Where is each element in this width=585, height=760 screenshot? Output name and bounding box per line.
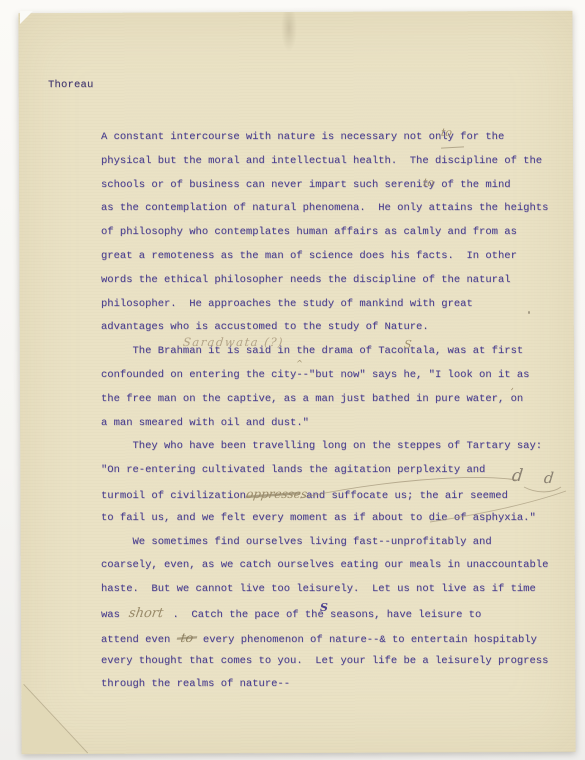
annotation-s-above-tacontala: S <box>403 338 412 351</box>
typed-segment: attend even <box>101 634 177 646</box>
typescript-line: words the ethical philosopher needs the … <box>101 269 571 293</box>
typescript-line: A constant intercourse with nature is ne… <box>101 126 571 150</box>
handwritten-insertion-oppresses: oppresses <box>244 483 301 507</box>
typescript-block: A constant intercourse with nature is ne… <box>101 126 571 697</box>
handwritten-insertion-short: short <box>125 602 168 626</box>
typescript-line: great a remoteness as the man of science… <box>101 245 571 269</box>
typed-segment: and suffocate us; the air seemed <box>300 490 508 502</box>
typed-segment: every phenomenon of nature--& to enterta… <box>197 634 537 646</box>
author-heading: Thoreau <box>48 79 94 91</box>
annotation-s-over-seasons: S <box>320 601 328 614</box>
annotation-saradwata: Saradwata (?) <box>182 335 284 349</box>
handwritten-insertion-to: to <box>175 626 198 650</box>
corner-fold-top-left <box>20 11 33 24</box>
typescript-line: as the contemplation of natural phenomen… <box>101 197 571 221</box>
typescript-line: The Brahman it is said in the drama of T… <box>101 340 571 364</box>
annotation-to-above-for: to <box>440 126 452 139</box>
typescript-line-with-insertion: attend even to every phenomenon of natur… <box>101 626 571 650</box>
typescript-line: physical but the moral and intellectual … <box>101 150 571 174</box>
typescript-line: "On re-entering cultivated lands the agi… <box>101 459 571 483</box>
typescript-line: confounded on entering the city--"but no… <box>101 364 571 388</box>
typescript-line: philosopher. He approaches the study of … <box>101 293 571 317</box>
typescript-line: We sometimes find ourselves living fast-… <box>101 531 571 555</box>
typescript-line-with-insertion: turmoil of civilizationoppresses and suf… <box>101 483 571 507</box>
margin-mark-2: d <box>543 469 555 487</box>
typescript-line: a man smeared with oil and dust." <box>101 412 571 436</box>
typescript-line: of philosophy who contemplates human aff… <box>101 221 571 245</box>
smudge-mark <box>281 12 297 52</box>
typescript-line: every thought that comes to you. Let you… <box>101 650 571 674</box>
typescript-line: schools or of business can never impart … <box>101 174 571 198</box>
caret-mark-after-brahman: ^ <box>296 359 304 368</box>
typed-segment: turmoil of civilization <box>101 490 246 502</box>
typescript-line: advantages who is accustomed to the stud… <box>101 316 571 340</box>
typescript-line: They who have been travelling long on th… <box>101 435 571 459</box>
typed-segment: was <box>101 609 126 621</box>
annotation-to-above-of: to <box>422 176 434 189</box>
typescript-line: the free man on the captive, as a man ju… <box>101 388 571 412</box>
typescript-line: through the realms of nature-- <box>101 673 571 697</box>
typescript-line: haste. But we cannot live too leisurely.… <box>101 578 571 602</box>
margin-mark-1: d <box>511 466 524 486</box>
typescript-line-with-insertion: was short . Catch the pace of the season… <box>101 602 571 626</box>
typescript-line: coarsely, even, as we catch ourselves ea… <box>101 554 571 578</box>
typescript-line: to fail us, and we felt every moment as … <box>101 507 571 531</box>
scanned-manuscript-screenshot: { "document": { "kind": "typewritten man… <box>0 0 585 760</box>
